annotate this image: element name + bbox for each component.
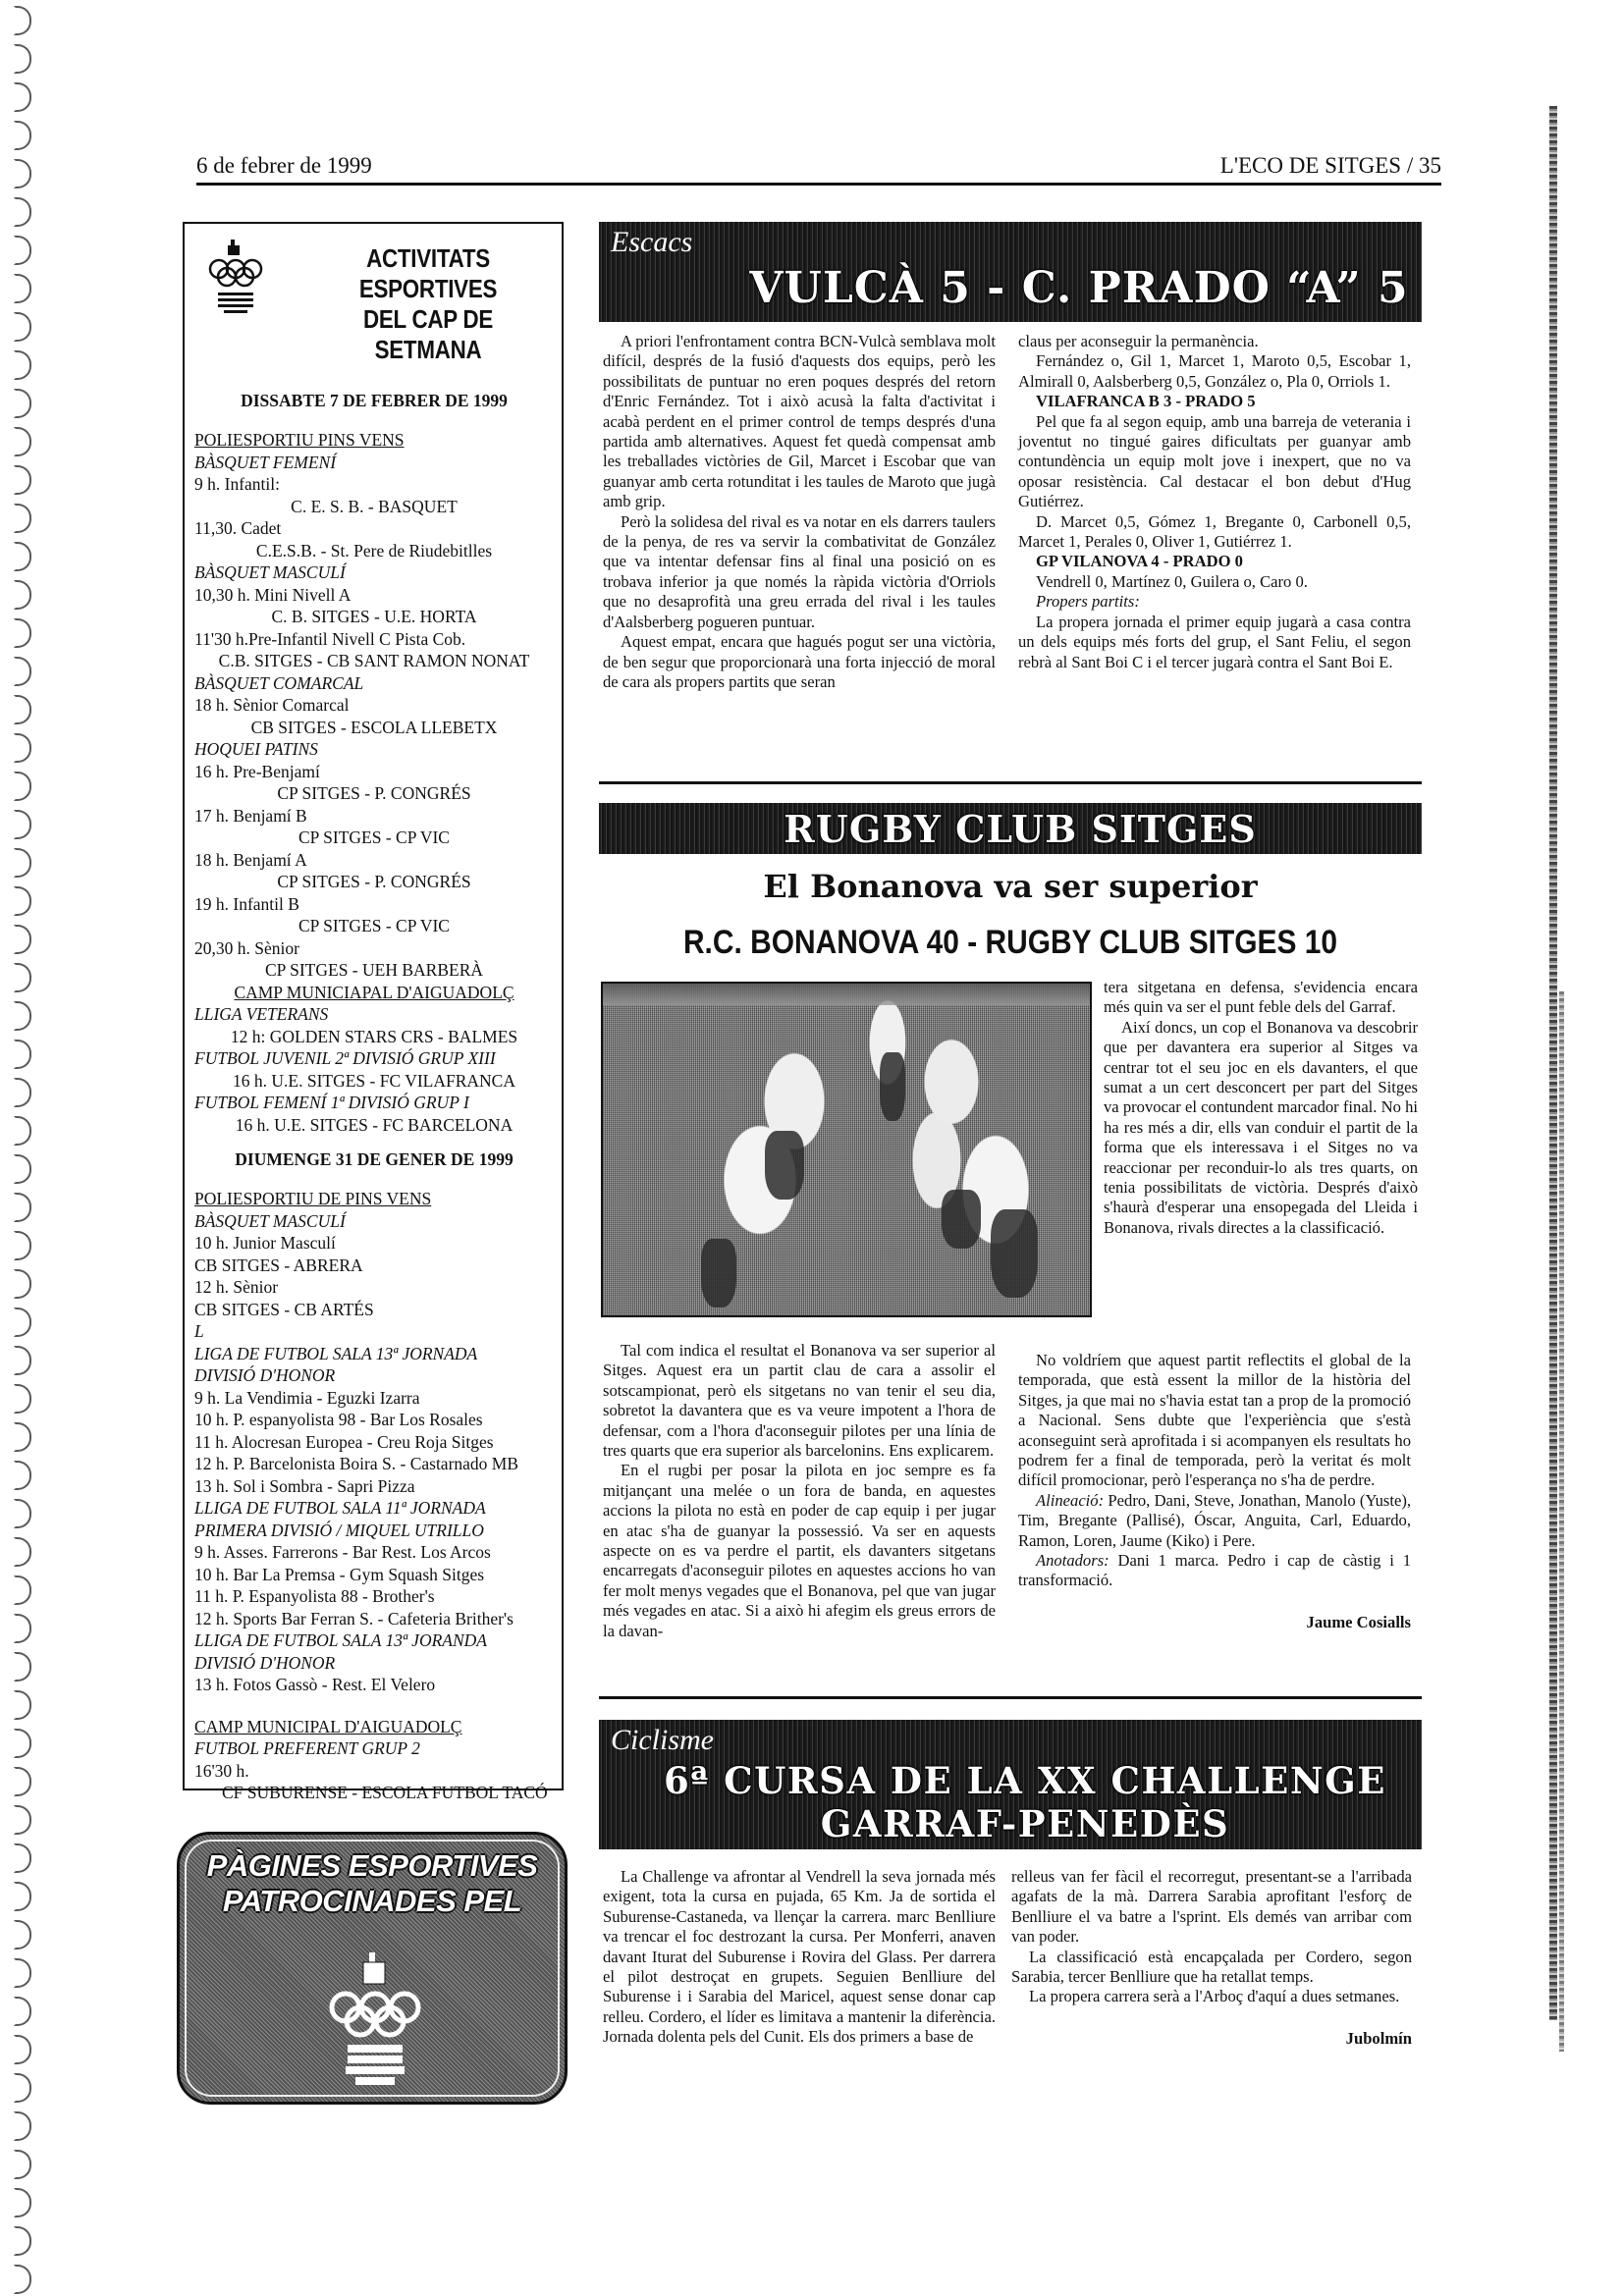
sponsor-text: PÀGINES ESPORTIVES PATROCINADES PEL (180, 1848, 565, 1919)
sunday-schedule: POLIESPORTIU DE PINS VENSBÀSQUET MASCULÍ… (194, 1188, 554, 1804)
venue-heading: CAMP MUNICIPAL D'AIGUADOLÇ (194, 1716, 554, 1738)
fixture: CP SITGES - CP VIC (194, 915, 554, 937)
article-paragraph: La propera jornada el primer equip jugar… (1018, 613, 1411, 672)
publication-page: L'ECO DE SITGES / 35 (1220, 153, 1441, 179)
patronat-logo-icon (206, 238, 265, 326)
lineup-label: Alineació: (1036, 1491, 1104, 1510)
venue-heading: POLIESPORTIU PINS VENS (194, 429, 554, 452)
binding-ring-icon (14, 121, 31, 150)
chess-column-2: claus per aconseguir la permanència. Fer… (1018, 332, 1411, 672)
category-label: DIVISIÓ D'HONOR (194, 1364, 554, 1387)
binding-ring-icon (14, 427, 31, 456)
article-paragraph: Tal com indica el resultat el Bonanova v… (603, 1341, 996, 1461)
author-byline: Jaume Cosialls (1018, 1613, 1411, 1632)
section-divider (599, 781, 1422, 784)
chess-column-1: A priori l'enfrontament contra BCN-Vulcà… (603, 332, 996, 692)
day-title-saturday: DISSABTE 7 DE FEBRER DE 1999 (194, 391, 554, 411)
cycling-section-banner: Ciclisme 6ª CURSA DE LA XX CHALLENGE GAR… (599, 1720, 1422, 1849)
category-label: BÀSQUET FEMENÍ (194, 452, 554, 474)
schedule-line: 16 h. Pre-Benjamí (194, 761, 554, 783)
article-paragraph: claus per aconseguir la permanència. (1018, 332, 1411, 351)
binding-ring-icon (14, 2073, 31, 2103)
player-silhouette (991, 1209, 1038, 1298)
sponsor-badge: PÀGINES ESPORTIVES PATROCINADES PEL (177, 1832, 568, 2105)
binding-ring-icon (14, 1843, 31, 1873)
article-paragraph: Però la solidesa del rival es va notar e… (603, 512, 996, 632)
next-matches-label: Propers partits: (1018, 592, 1411, 612)
schedule-line: 10 h. P. espanyolista 98 - Bar Los Rosal… (194, 1409, 554, 1431)
binding-ring-icon (14, 465, 31, 495)
category-label: LLIGA DE FUTBOL SALA 11ª JORNADA (194, 1497, 554, 1520)
article-paragraph: Així doncs, un cop el Bonanova va descob… (1104, 1018, 1418, 1238)
scan-edge-strip (1559, 991, 1564, 2052)
cycling-column-1: La Challenge va afrontar al Vendrell la … (603, 1867, 996, 2048)
chess-headline: VULCÀ 5 - C. PRADO “A” 5 (599, 263, 1422, 313)
rugby-subtitle: El Bonanova va ser superior (599, 868, 1422, 905)
fixture: 12 h: GOLDEN STARS CRS - BALMES (194, 1026, 554, 1048)
schedule-line: 18 h. Benjamí A (194, 849, 554, 872)
binding-ring-icon (14, 618, 31, 648)
results-line: Vendrell 0, Martínez 0, Guilera o, Caro … (1018, 572, 1411, 592)
binding-ring-icon (14, 1461, 31, 1490)
schedule-line: 17 h. Benjamí B (194, 805, 554, 828)
category-label: L (194, 1320, 554, 1343)
fixture: C.E.S.B. - St. Pere de Riudebitlles (194, 540, 554, 562)
article-paragraph: Pel que fa al segon equip, amb una barre… (1018, 412, 1411, 512)
binding-ring-icon (14, 733, 31, 763)
rugby-column-2-bottom: No voldríem que aquest partit reflectits… (1018, 1351, 1411, 1632)
author-byline: Jubolmín (1011, 2029, 1412, 2049)
sponsor-line1: PÀGINES ESPORTIVES (180, 1848, 565, 1884)
category-label: FUTBOL PREFERENT GRUP 2 (194, 1737, 554, 1760)
binding-ring-icon (14, 886, 31, 916)
schedule-line: CB SITGES - ABRERA (194, 1255, 554, 1277)
cycling-headline-line2: GARRAF-PENEDÈS (628, 1802, 1422, 1845)
schedule-line: 20,30 h. Sènior (194, 937, 554, 960)
fixture: C. E. S. B. - BASQUET (194, 496, 554, 518)
sponsor-line2: PATROCINADES PEL (180, 1884, 565, 1919)
schedule-line: 11,30. Cadet (194, 517, 554, 540)
results-line: D. Marcet 0,5, Gómez 1, Bregante 0, Carb… (1018, 512, 1411, 553)
fixture: CF SUBURENSE - ESCOLA FUTBOL TACÓ (194, 1782, 554, 1804)
binding-ring-icon (14, 2111, 31, 2141)
binding-ring-icon (14, 1269, 31, 1299)
player-silhouette (880, 1052, 905, 1121)
binding-ring-icon (14, 810, 31, 839)
section-kicker: Ciclisme (611, 1724, 714, 1757)
binding-ring-icon (14, 274, 31, 303)
binding-ring-icon (14, 1078, 31, 1107)
binding-ring-icon (14, 1652, 31, 1682)
binding-ring-icon (14, 1575, 31, 1605)
binding-ring-icon (14, 389, 31, 418)
weekend-sports-agenda: ACTIVITATS ESPORTIVES DEL CAP DE SETMANA… (183, 222, 564, 1790)
rugby-column-1: Tal com indica el resultat el Bonanova v… (603, 1341, 996, 1641)
saturday-schedule: POLIESPORTIU PINS VENSBÀSQUET FEMENÍ9 h.… (194, 429, 554, 1136)
binding-ring-icon (14, 1958, 31, 1988)
binding-ring-icon (14, 1882, 31, 1911)
binding-ring-icon (14, 2150, 31, 2179)
category-label: HOQUEI PATINS (194, 738, 554, 761)
category-label: LLIGA DE FUTBOL SALA 13ª JORANDA (194, 1629, 554, 1652)
binding-ring-icon (14, 6, 31, 35)
rugby-photo (601, 982, 1092, 1317)
binding-holes (8, 0, 31, 2296)
match-subhead: VILAFRANCA B 3 - PRADO 5 (1018, 392, 1411, 411)
results-line: Fernández o, Gil 1, Marcet 1, Maroto 0,5… (1018, 351, 1411, 392)
binding-ring-icon (14, 1154, 31, 1184)
binding-ring-icon (14, 236, 31, 265)
binding-ring-icon (14, 2035, 31, 2064)
schedule-line: 12 h. Sènior (194, 1276, 554, 1299)
binding-ring-icon (14, 1346, 31, 1375)
category-label: LLIGA VETERANS (194, 1003, 554, 1026)
article-paragraph: La propera carrera serà a l'Arboç d'aquí… (1011, 1987, 1412, 2006)
binding-ring-icon (14, 1040, 31, 1069)
binding-ring-icon (14, 1384, 31, 1414)
spacer (194, 1696, 554, 1716)
venue-heading: POLIESPORTIU DE PINS VENS (194, 1188, 554, 1210)
binding-ring-icon (14, 657, 31, 686)
patronat-logo-icon (326, 1952, 424, 2090)
player-silhouette (942, 1190, 981, 1249)
binding-ring-icon (14, 1231, 31, 1260)
category-label: BÀSQUET COMARCAL (194, 672, 554, 695)
category-label: BÀSQUET MASCULÍ (194, 561, 554, 584)
fixture: C. B. SITGES - U.E. HORTA (194, 606, 554, 628)
fixture: CP SITGES - UEH BARBERÀ (194, 959, 554, 982)
binding-ring-icon (14, 542, 31, 571)
schedule-line: 9 h. Infantil: (194, 473, 554, 496)
schedule-line: 11'30 h.Pre-Infantil Nivell C Pista Cob. (194, 628, 554, 651)
schedule-line: 12 h. Sports Bar Ferran S. - Cafeteria B… (194, 1608, 554, 1630)
article-paragraph: A priori l'enfrontament contra BCN-Vulcà… (603, 332, 996, 512)
fixture: C.B. SITGES - CB SANT RAMON NONAT (194, 650, 554, 672)
schedule-line: 11 h. P. Espanyolista 88 - Brother's (194, 1585, 554, 1608)
category-label: LIGA DE FUTBOL SALA 13ª JORNADA (194, 1343, 554, 1365)
schedule-line: 16'30 h. (194, 1760, 554, 1783)
article-paragraph: relleus van fer fàcil el recorregut, pre… (1011, 1867, 1412, 1948)
day-title-sunday: DIUMENGE 31 DE GENER DE 1999 (194, 1149, 554, 1170)
player-silhouette (765, 1131, 804, 1200)
binding-ring-icon (14, 925, 31, 954)
binding-ring-icon (14, 1805, 31, 1835)
agenda-title: ACTIVITATS ESPORTIVES DEL CAP DE SETMANA (320, 243, 536, 365)
category-label: DIVISIÓ D'HONOR (194, 1652, 554, 1675)
chess-section-banner: Escacs VULCÀ 5 - C. PRADO “A” 5 (599, 222, 1422, 322)
binding-ring-icon (14, 82, 31, 112)
rugby-column-2-top: tera sitgetana en defensa, s'evidencia e… (1104, 978, 1418, 1238)
binding-ring-icon (14, 963, 31, 992)
fixture: CB SITGES - ESCOLA LLEBETX (194, 717, 554, 739)
schedule-line: 18 h. Sènior Comarcal (194, 694, 554, 717)
page-header: 6 de febrer de 1999 L'ECO DE SITGES / 35 (196, 147, 1441, 186)
rugby-section-banner: RUGBY CLUB SITGES (599, 803, 1422, 854)
fixture: 16 h. U.E. SITGES - FC BARCELONA (194, 1114, 554, 1137)
rugby-banner-title: RUGBY CLUB SITGES (599, 807, 1422, 851)
scorers-label: Anotadors: (1036, 1551, 1109, 1570)
fixture: 16 h. U.E. SITGES - FC VILAFRANCA (194, 1070, 554, 1093)
cycling-headline: 6ª CURSA DE LA XX CHALLENGE GARRAF-PENED… (599, 1759, 1422, 1845)
binding-ring-icon (14, 1499, 31, 1528)
binding-ring-icon (14, 1001, 31, 1031)
schedule-line: 10 h. Junior Masculí (194, 1232, 554, 1255)
binding-ring-icon (14, 312, 31, 342)
binding-ring-icon (14, 695, 31, 724)
match-subhead: GP VILANOVA 4 - PRADO 0 (1018, 552, 1411, 571)
binding-ring-icon (14, 1997, 31, 2026)
binding-ring-icon (14, 1422, 31, 1452)
schedule-line: 11 h. Alocresan Europea - Creu Roja Sitg… (194, 1431, 554, 1454)
binding-ring-icon (14, 44, 31, 74)
article-paragraph: Aquest empat, encara que hagués pogut se… (603, 632, 996, 692)
category-label: PRIMERA DIVISIÓ / MIQUEL UTRILLO (194, 1520, 554, 1542)
category-label: BÀSQUET MASCULÍ (194, 1210, 554, 1233)
cycling-column-2: relleus van fer fàcil el recorregut, pre… (1011, 1867, 1412, 2049)
binding-ring-icon (14, 159, 31, 188)
venue-heading: CAMP MUNICIAPAL D'AIGUADOLÇ (194, 982, 554, 1004)
binding-ring-icon (14, 1767, 31, 1796)
binding-ring-icon (14, 772, 31, 801)
schedule-line: 9 h. La Vendimia - Eguzki Izarra (194, 1387, 554, 1410)
schedule-line: 13 h. Sol i Sombra - Sapri Pizza (194, 1475, 554, 1498)
article-paragraph: La classificació està encapçalada per Co… (1011, 1948, 1412, 1988)
schedule-line: 19 h. Infantil B (194, 893, 554, 916)
binding-ring-icon (14, 2188, 31, 2217)
binding-ring-icon (14, 848, 31, 878)
binding-ring-icon (14, 350, 31, 380)
schedule-line: 13 h. Fotos Gassò - Rest. El Velero (194, 1674, 554, 1696)
category-label: FUTBOL JUVENIL 2ª DIVISIÓ GRUP XIII (194, 1047, 554, 1070)
schedule-line: 12 h. P. Barcelonista Boira S. - Castarn… (194, 1453, 554, 1475)
section-divider (599, 1696, 1422, 1699)
binding-ring-icon (14, 504, 31, 533)
binding-ring-icon (14, 1729, 31, 1758)
fixture: CP SITGES - P. CONGRÉS (194, 782, 554, 805)
article-paragraph: En el rugbi per posar la pilota en joc s… (603, 1461, 996, 1641)
photo-background-band (603, 984, 1090, 1005)
schedule-line: 9 h. Asses. Farrerons - Bar Rest. Los Ar… (194, 1541, 554, 1564)
binding-ring-icon (14, 1193, 31, 1222)
fixture: CP SITGES - P. CONGRÉS (194, 871, 554, 893)
agenda-title-line1: ACTIVITATS ESPORTIVES (320, 243, 536, 304)
binding-ring-icon (14, 580, 31, 610)
binding-ring-icon (14, 1116, 31, 1146)
schedule-line: 10 h. Bar La Premsa - Gym Squash Sitges (194, 1564, 554, 1586)
binding-ring-icon (14, 2226, 31, 2256)
rugby-score: R.C. BONANOVA 40 - RUGBY CLUB SITGES 10 (648, 924, 1372, 962)
binding-ring-icon (14, 2265, 31, 2294)
binding-ring-icon (14, 1537, 31, 1567)
schedule-line: 10,30 h. Mini Nivell A (194, 584, 554, 607)
agenda-title-line2: DEL CAP DE SETMANA (320, 304, 536, 365)
binding-ring-icon (14, 1308, 31, 1337)
scan-edge-strip (1549, 106, 1557, 2020)
section-kicker: Escacs (611, 226, 692, 259)
player-silhouette (701, 1239, 736, 1308)
binding-ring-icon (14, 1614, 31, 1643)
cycling-headline-line1: 6ª CURSA DE LA XX CHALLENGE (628, 1759, 1422, 1802)
article-paragraph: No voldríem que aquest partit reflectits… (1018, 1351, 1411, 1491)
category-label: FUTBOL FEMENÍ 1ª DIVISIÓ GRUP I (194, 1092, 554, 1114)
issue-date: 6 de febrer de 1999 (196, 153, 372, 179)
article-paragraph: tera sitgetana en defensa, s'evidencia e… (1104, 978, 1418, 1018)
binding-ring-icon (14, 1690, 31, 1720)
schedule-line: CB SITGES - CB ARTÉS (194, 1299, 554, 1321)
binding-ring-icon (14, 1920, 31, 1949)
binding-ring-icon (14, 197, 31, 227)
article-paragraph: La Challenge va afrontar al Vendrell la … (603, 1867, 996, 2048)
fixture: CP SITGES - CP VIC (194, 827, 554, 849)
